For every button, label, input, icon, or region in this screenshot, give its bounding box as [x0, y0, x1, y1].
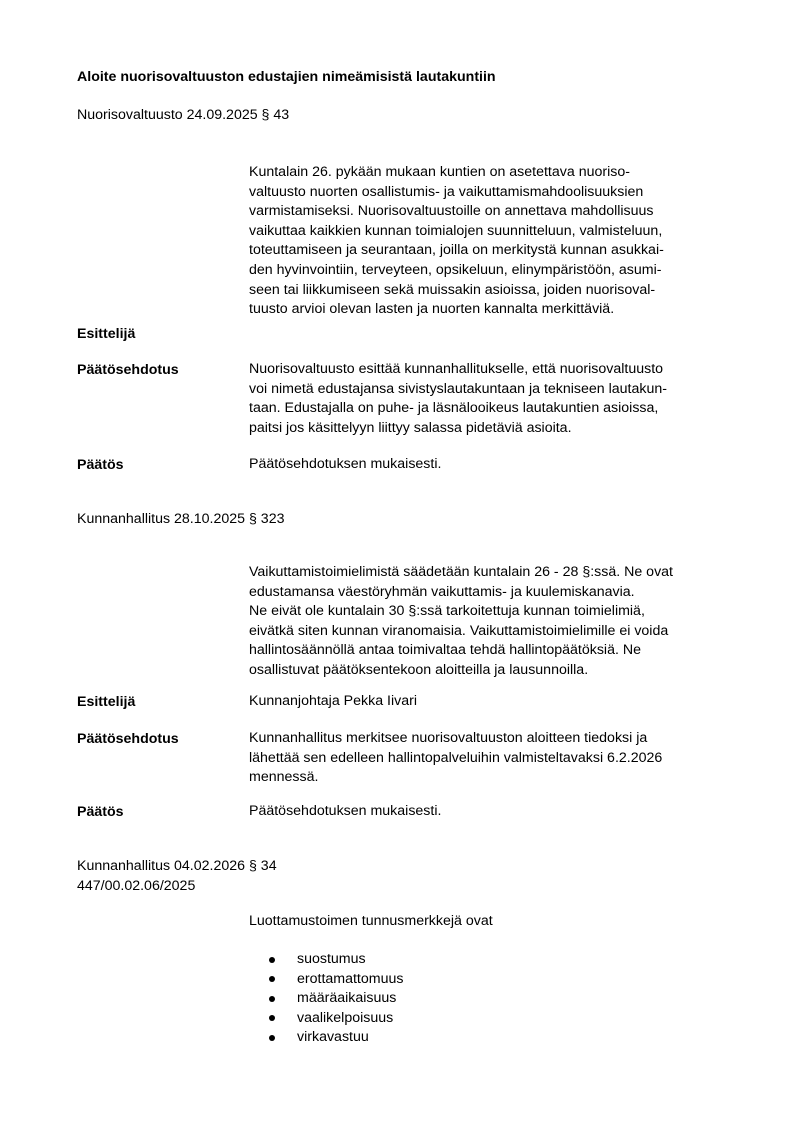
paatos-label: Päätös — [77, 457, 124, 473]
body-line: eivätkä siten kunnan viranomaisia. Vaiku… — [249, 622, 673, 642]
meeting-header-kunnanhallitus-1: Kunnanhallitus 28.10.2025 § 323 — [77, 510, 284, 530]
proposal-line: lähettää sen edelleen hallintopalveluihi… — [249, 749, 662, 769]
body-line: vaikuttaa kaikkien kunnan toimialojen su… — [249, 222, 664, 242]
bullet-icon — [269, 1035, 275, 1041]
meeting-header-nuorisovaltuusto: Nuorisovaltuusto 24.09.2025 § 43 — [77, 106, 289, 126]
bullet-icon — [269, 1015, 275, 1021]
paatos-label: Päätös — [77, 804, 124, 820]
paatosehdotus-label: Päätösehdotus — [77, 731, 179, 747]
proposal-line: paitsi jos käsittelyyn liittyy salassa p… — [249, 419, 667, 439]
section-1-body: Kuntalain 26. pykään mukaan kuntien on a… — [249, 163, 664, 320]
paatosehdotus-label: Päätösehdotus — [77, 362, 179, 378]
proposal-line: mennessä. — [249, 768, 662, 788]
paatos-value: Päätösehdotuksen mukaisesti. — [249, 802, 441, 822]
meeting-header-kunnanhallitus-2: Kunnanhallitus 04.02.2026 § 34 447/00.02… — [77, 857, 277, 896]
section-1-proposal: Nuorisovaltuusto esittää kunnanhallituks… — [249, 360, 667, 438]
body-line: Vaikuttamistoimielimistä säädetään kunta… — [249, 563, 673, 583]
paatos-value: Päätösehdotuksen mukaisesti. — [249, 455, 441, 475]
bullet-icon — [269, 996, 275, 1002]
esittelija-value: Kunnanjohtaja Pekka Iivari — [249, 692, 417, 712]
record-number: 447/00.02.06/2025 — [77, 877, 277, 897]
list-item: määräaikaisuus — [249, 989, 403, 1009]
list-item-text: vaalikelpoisuus — [297, 1010, 393, 1026]
proposal-line: voi nimetä edustajansa sivistyslautakunt… — [249, 380, 667, 400]
esittelija-label: Esittelijä — [77, 694, 135, 710]
body-line: hallintosäännöllä antaa toimivaltaa tehd… — [249, 641, 673, 661]
meeting-title: Kunnanhallitus 04.02.2026 § 34 — [77, 857, 277, 877]
list-item-text: suostumus — [297, 951, 366, 967]
proposal-line: Nuorisovaltuusto esittää kunnanhallituks… — [249, 360, 667, 380]
body-line: osallistuvat päätöksentekoon aloitteilla… — [249, 661, 673, 681]
body-line: den hyvinvointiin, terveyteen, opsikeluu… — [249, 261, 664, 281]
body-line: edustamansa väestöryhmän vaikuttamis- ja… — [249, 583, 673, 603]
body-line: varmistamiseksi. Nuorisovaltuustoille on… — [249, 202, 664, 222]
section-2-body: Vaikuttamistoimielimistä säädetään kunta… — [249, 563, 673, 681]
list-item: suostumus — [249, 950, 403, 970]
body-line: Ne eivät ole kuntalain 30 §:ssä tarkoite… — [249, 602, 673, 622]
list-item-text: erottamattomuus — [297, 971, 403, 987]
document-title: Aloite nuorisovaltuuston edustajien nime… — [77, 69, 496, 85]
list-item: virkavastuu — [249, 1028, 403, 1048]
body-line: Kuntalain 26. pykään mukaan kuntien on a… — [249, 163, 664, 183]
proposal-line: taan. Edustajalla on puhe- ja läsnälooik… — [249, 399, 667, 419]
section-3-intro: Luottamustoimen tunnusmerkkejä ovat — [249, 912, 493, 932]
list-item-text: virkavastuu — [297, 1029, 369, 1045]
list-item: erottamattomuus — [249, 970, 403, 990]
body-line: valtuusto nuorten osallistumis- ja vaiku… — [249, 183, 664, 203]
section-2-proposal: Kunnanhallitus merkitsee nuorisovaltuust… — [249, 729, 662, 788]
esittelija-label: Esittelijä — [77, 326, 135, 342]
bullet-icon — [269, 957, 275, 963]
bullet-icon — [269, 976, 275, 982]
body-line: toteuttamiseen ja seurantaan, joilla on … — [249, 241, 664, 261]
body-line: tuusto arvioi olevan lasten ja nuorten k… — [249, 300, 664, 320]
list-item-text: määräaikaisuus — [297, 990, 396, 1006]
proposal-line: Kunnanhallitus merkitsee nuorisovaltuust… — [249, 729, 662, 749]
list-item: vaalikelpoisuus — [249, 1009, 403, 1029]
body-line: seen tai liikkumiseen sekä muissakin asi… — [249, 281, 664, 301]
criteria-list: suostumus erottamattomuus määräaikaisuus… — [249, 950, 403, 1048]
